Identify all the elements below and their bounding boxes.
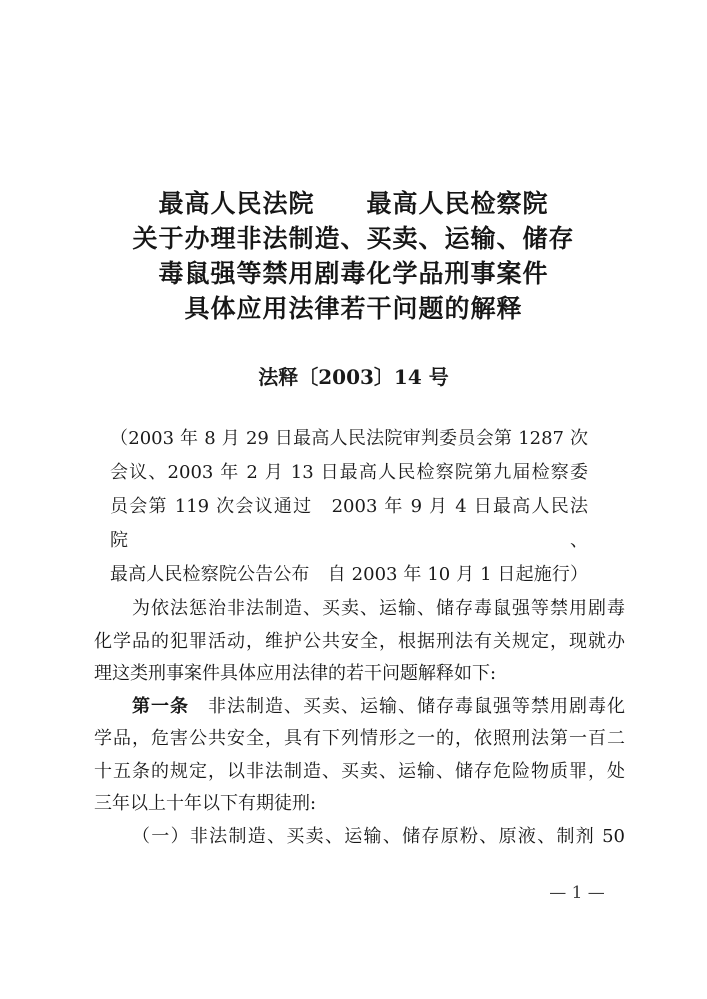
title-line-2: 关于办理非法制造、买卖、运输、储存 — [0, 221, 707, 256]
promulgation-note: （2003 年 8 月 29 日最高人民法院审判委员会第 1287 次 会议、2… — [110, 422, 588, 592]
note-line-3: 员会第 119 次会议通过 2003 年 9 月 4 日最高人民法院、 — [110, 490, 588, 558]
article-1-line-1-text: 非法制造、买卖、运输、储存毒鼠强等禁用剧毒化 — [189, 696, 625, 717]
note-line-1: （2003 年 8 月 29 日最高人民法院审判委员会第 1287 次 — [110, 422, 588, 456]
note-line-4: 最高人民检察院公告公布 自 2003 年 10 月 1 日起施行） — [110, 558, 588, 592]
paragraph-1-line-2: 化学品的犯罪活动，维护公共安全，根据刑法有关规定，现就办 — [94, 626, 625, 659]
note-line-2: 会议、2003 年 2 月 13 日最高人民检察院第九届检察委 — [110, 456, 588, 490]
article-1-label: 第一条 — [132, 696, 189, 717]
article-1-line-4: 三年以上十年以下有期徒刑: — [94, 788, 625, 821]
title-line-3: 毒鼠强等禁用剧毒化学品刑事案件 — [0, 256, 707, 291]
article-1-line-2: 学品，危害公共安全，具有下列情形之一的，依照刑法第一百二 — [94, 723, 625, 756]
document-number: 法释〔2003〕14 号 — [0, 361, 707, 390]
document-body: 为依法惩治非法制造、买卖、运输、储存毒鼠强等禁用剧毒 化学品的犯罪活动，维护公共… — [94, 593, 625, 853]
article-1-item-1-line-1: （一）非法制造、买卖、运输、储存原粉、原液、制剂 50 — [94, 821, 625, 854]
title-line-1: 最高人民法院 最高人民检察院 — [0, 186, 707, 221]
paragraph-1-line-1: 为依法惩治非法制造、买卖、运输、储存毒鼠强等禁用剧毒 — [94, 593, 625, 626]
paragraph-1-line-3: 理这类刑事案件具体应用法律的若干问题解释如下: — [94, 658, 625, 691]
title-line-4: 具体应用法律若干问题的解释 — [0, 291, 707, 326]
document-title: 最高人民法院 最高人民检察院 关于办理非法制造、买卖、运输、储存 毒鼠强等禁用剧… — [0, 186, 707, 326]
document-page: 最高人民法院 最高人民检察院 关于办理非法制造、买卖、运输、储存 毒鼠强等禁用剧… — [0, 0, 707, 999]
article-1-line-1: 第一条 非法制造、买卖、运输、储存毒鼠强等禁用剧毒化 — [94, 691, 625, 724]
article-1-line-3: 十五条的规定，以非法制造、买卖、运输、储存危险物质罪，处 — [94, 756, 625, 789]
page-number: — 1 — — [513, 883, 641, 903]
